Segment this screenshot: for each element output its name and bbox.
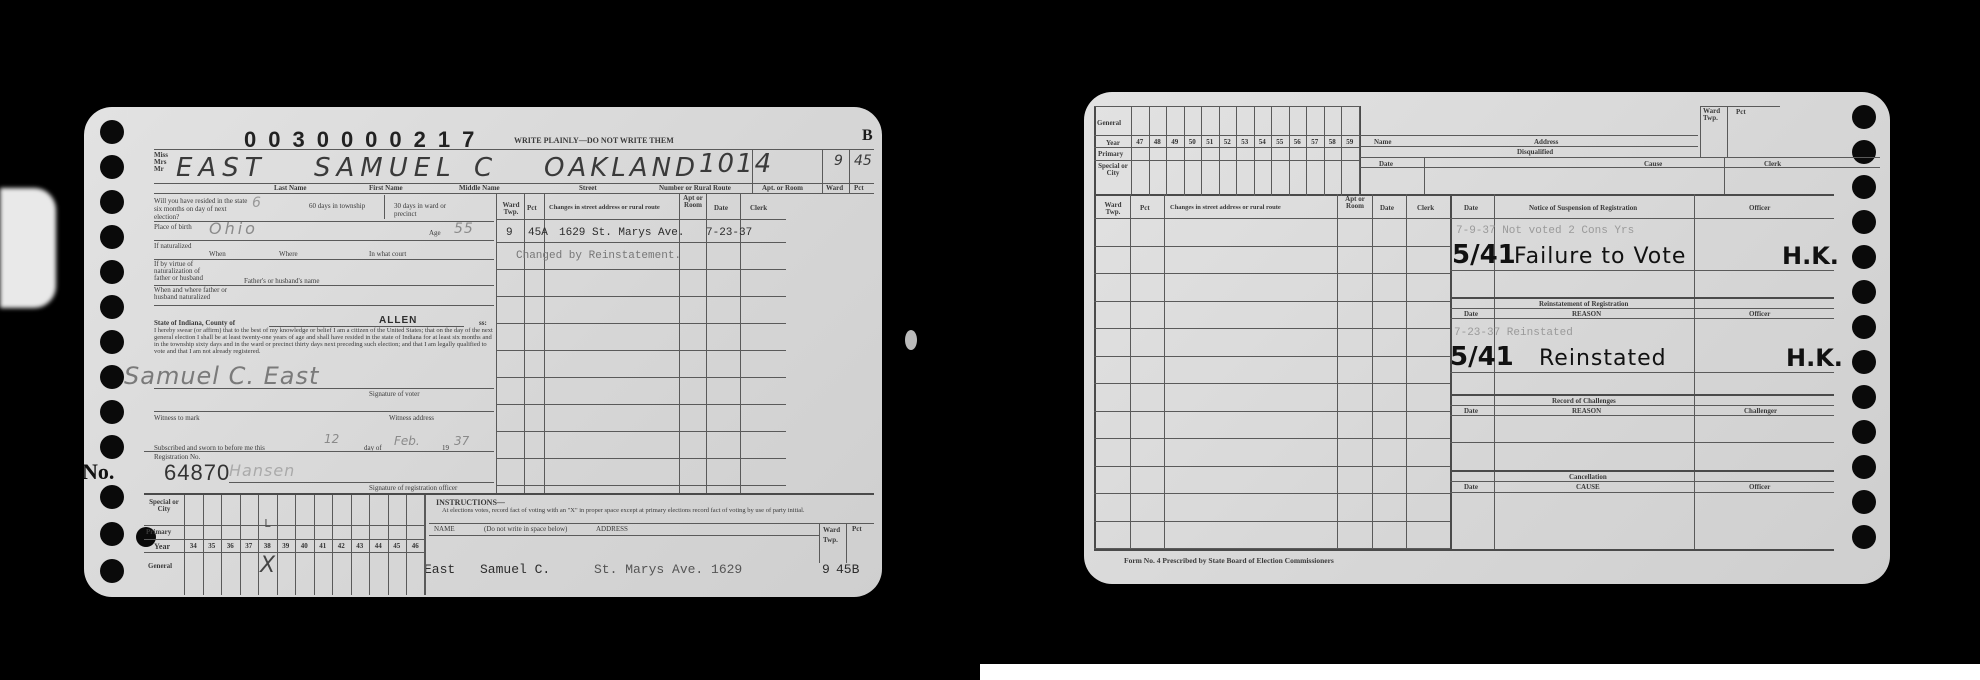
- reinstatement-date-header: Date: [1464, 310, 1478, 318]
- instructions-title: INSTRUCTIONS—: [436, 498, 505, 507]
- row-special-city: Special or City: [1098, 163, 1128, 177]
- cancellation-title: Cancellation: [1569, 473, 1607, 481]
- cancellation-officer-header: Officer: [1749, 483, 1770, 491]
- signature-label: Signature of voter: [369, 390, 420, 398]
- col-ward-twp: Ward Twp.: [1098, 202, 1128, 216]
- number-mark: No.: [84, 459, 114, 485]
- suspension-stamp-reason: Failure to Vote: [1514, 244, 1686, 269]
- year-cell: 47: [1131, 138, 1149, 146]
- punch-hole: [1852, 140, 1876, 164]
- table-row-rule: [1094, 356, 1450, 357]
- punch-hole: [1852, 245, 1876, 269]
- year-cell: 34: [184, 542, 203, 550]
- year-cell: 36: [221, 542, 240, 550]
- reinstatement-typed-note: 7-23-37 Reinstated: [1454, 327, 1573, 339]
- place-of-birth-value: Ohio: [209, 219, 258, 238]
- year-cell: 37: [240, 542, 259, 550]
- pct-label: Pct: [852, 525, 862, 533]
- suspension-stamp-date: 5/41: [1452, 240, 1516, 270]
- row-general: General: [1097, 119, 1121, 127]
- year-cell: 40: [295, 542, 314, 550]
- month-value: Feb.: [394, 434, 420, 448]
- punch-hole: [100, 260, 124, 284]
- year-cell: 50: [1184, 138, 1202, 146]
- father-name-label: Father's or husband's name: [244, 277, 319, 285]
- col-clerk: Clerk: [1417, 204, 1434, 212]
- row-year: Year: [1106, 139, 1120, 147]
- table-row-rule: [1094, 218, 1450, 219]
- primary-vote-mark: L: [264, 517, 271, 531]
- punch-hole: [100, 400, 124, 424]
- place-of-birth-label: Place of birth: [154, 223, 194, 231]
- bottom-pct: 45B: [836, 562, 859, 577]
- name-label: NAME: [434, 525, 455, 533]
- court-label: In what court: [369, 250, 406, 258]
- year-cell: 51: [1201, 138, 1219, 146]
- year-cell: 45: [388, 542, 407, 550]
- pct-value: 45: [854, 153, 872, 169]
- punch-hole: [1852, 210, 1876, 234]
- address-label: ADDRESS: [596, 525, 628, 533]
- punch-hole: [1852, 175, 1876, 199]
- ward-twp-label: Ward Twp.: [1703, 108, 1725, 122]
- punch-hole: [1852, 420, 1876, 444]
- table-row-rule: [1094, 411, 1450, 412]
- first-name-value: SAMUEL: [314, 153, 457, 183]
- officer-signature: Hansen: [229, 461, 295, 480]
- witness-address-label: Witness address: [389, 414, 434, 422]
- punch-hole: [100, 365, 124, 389]
- age-label: Age: [429, 229, 441, 237]
- do-not-write-label: (Do not write in space below): [484, 525, 567, 533]
- address-label: Address: [1534, 138, 1558, 146]
- label-ward: Ward: [826, 184, 843, 192]
- suspension-stamp-officer: H.K.: [1782, 242, 1839, 270]
- year-cell: 56: [1289, 138, 1307, 146]
- virtue-label: If by virtue of naturalization of father…: [154, 261, 204, 282]
- row-special-city: Special or City: [144, 499, 184, 513]
- where-label: Where: [279, 250, 298, 258]
- light-glare: [0, 188, 56, 308]
- suspension-notice-header: Notice of Suspension of Registration: [1529, 204, 1637, 212]
- col-date: Date: [1380, 204, 1394, 212]
- table-row-rule: [1094, 273, 1450, 274]
- table-row-rule: [1094, 466, 1450, 467]
- col-clerk: Clerk: [750, 204, 767, 212]
- punch-hole: [1852, 315, 1876, 339]
- label-last-name: Last Name: [274, 184, 306, 192]
- year-cell: 57: [1306, 138, 1324, 146]
- reinstatement-title: Reinstatement of Registration: [1539, 300, 1628, 308]
- reinstatement-stamp-date: 5/41: [1450, 342, 1514, 372]
- col-changes: Changes in street address or rural route: [1170, 204, 1281, 211]
- number-value: 1014: [699, 149, 773, 179]
- punch-hole: [1852, 105, 1876, 129]
- suspension-date-header: Date: [1464, 204, 1478, 212]
- col-apt-room: Apt or Room: [682, 195, 704, 209]
- bottom-first-name: Samuel C.: [480, 562, 550, 577]
- row-primary: Primary: [1098, 150, 1123, 158]
- punch-hole: [1852, 455, 1876, 479]
- table-row-rule: [1094, 521, 1450, 522]
- year-cell: 44: [369, 542, 388, 550]
- year-cell: 41: [314, 542, 333, 550]
- general-vote-mark: X: [260, 553, 275, 578]
- reinstatement-stamp-reason: Reinstated: [1539, 346, 1667, 371]
- bottom-last-name: East: [424, 562, 455, 577]
- punch-hole: [1852, 490, 1876, 514]
- label-number: Number or Rural Route: [659, 184, 731, 192]
- pct-label: Pct: [1736, 108, 1746, 116]
- township-question: 60 days in township: [309, 202, 369, 210]
- col-ward-twp: Ward Twp.: [500, 202, 522, 216]
- year-cell: 35: [203, 542, 222, 550]
- witness-label: Witness to mark: [154, 414, 200, 422]
- punch-hole: [100, 225, 124, 249]
- when-label: When: [209, 250, 226, 258]
- label-street: Street: [579, 184, 597, 192]
- reinstatement-officer-header: Officer: [1749, 310, 1770, 318]
- corner-mark: B: [862, 127, 873, 145]
- ss-mark: ss:: [479, 319, 487, 327]
- day-value: 12: [324, 432, 339, 446]
- table-row-rule: [1094, 328, 1450, 329]
- punch-hole: [100, 190, 124, 214]
- suspension-officer-header: Officer: [1749, 204, 1770, 212]
- naturalized-label: If naturalized: [154, 242, 199, 250]
- punch-hole: [1852, 350, 1876, 374]
- street-value: OAKLAND: [544, 153, 699, 183]
- state-county-label: State of Indiana, County of: [154, 319, 235, 327]
- title-prefix: Miss Mrs Mr: [154, 152, 168, 173]
- year-cell: 58: [1324, 138, 1342, 146]
- suspension-typed-note: 7-9-37 Not voted 2 Cons Yrs: [1456, 225, 1634, 237]
- punch-hole: [100, 522, 124, 546]
- label-middle-name: Middle Name: [459, 184, 500, 192]
- year-cell: 46: [406, 542, 425, 550]
- header-instruction: WRITE PLAINLY—DO NOT WRITE THEM: [514, 136, 674, 145]
- voter-registration-card-back: General Year Primary Special or City Nam…: [1084, 92, 1890, 584]
- label-pct: Pct: [854, 184, 864, 192]
- label-apt: Apt. or Room: [762, 184, 803, 192]
- year-value: 37: [454, 434, 469, 448]
- reinstatement-reason-header: REASON: [1572, 310, 1601, 318]
- cancellation-cause-header: CAUSE: [1576, 483, 1600, 491]
- bottom-ward: 9: [822, 562, 830, 577]
- table-row-rule: [1094, 301, 1450, 302]
- year-cell: 49: [1166, 138, 1184, 146]
- punch-hole: [100, 435, 124, 459]
- year-cell: 52: [1219, 138, 1237, 146]
- disqualified-label: Disqualified: [1517, 148, 1553, 156]
- table-row-rule: [1094, 383, 1450, 384]
- col-changes: Changes in street address or rural route: [549, 204, 660, 211]
- year-cell: 39: [277, 542, 296, 550]
- challenges-date-header: Date: [1464, 407, 1478, 415]
- punch-hole: [1852, 525, 1876, 549]
- registration-number: 64870: [164, 460, 230, 486]
- table-row-rule: [1094, 548, 1450, 549]
- age-value: 55: [454, 221, 474, 237]
- form-footer: Form No. 4 Prescribed by State Board of …: [1124, 556, 1334, 565]
- table-row-rule: [1094, 438, 1450, 439]
- year-cell: 59: [1341, 138, 1359, 146]
- label-first-name: First Name: [369, 184, 403, 192]
- father-naturalized-label: When and where father or husband natural…: [154, 287, 229, 301]
- ward-twp-label: Ward Twp.: [823, 525, 845, 545]
- last-name-value: EAST: [176, 153, 267, 183]
- challenges-challenger-header: Challenger: [1744, 407, 1777, 415]
- cancellation-date-header: Date: [1464, 483, 1478, 491]
- reinstatement-stamp-officer: H.K.: [1786, 344, 1843, 372]
- punch-hole: [100, 559, 124, 583]
- voter-signature: Samuel C. East: [124, 362, 319, 390]
- punch-hole: [100, 155, 124, 179]
- col-pct: Pct: [1140, 204, 1150, 212]
- year-cell: 53: [1236, 138, 1254, 146]
- year-cell: 48: [1149, 138, 1167, 146]
- year-cell: 42: [332, 542, 351, 550]
- year-cell: 55: [1271, 138, 1289, 146]
- punch-hole: [100, 485, 124, 509]
- year-cell: 38: [258, 542, 277, 550]
- punch-hole: [1852, 385, 1876, 409]
- col-apt-room: Apt or Room: [1340, 196, 1370, 210]
- county-value: ALLEN: [379, 315, 417, 326]
- oath-text: I hereby swear (or affirm) that to the b…: [154, 327, 494, 355]
- punch-hole: [1852, 280, 1876, 304]
- row-year: Year: [154, 542, 170, 551]
- scan-edge-strip: [980, 664, 1980, 680]
- officer-signature-label: Signature of registration officer: [369, 484, 457, 492]
- table-row-rule: [1094, 246, 1450, 247]
- punch-hole: [100, 120, 124, 144]
- voter-registration-card-front: 0030000217 WRITE PLAINLY—DO NOT WRITE TH…: [84, 107, 882, 597]
- bottom-address: St. Marys Ave. 1629: [594, 562, 742, 577]
- instructions-text: At elections votes, record fact of votin…: [442, 507, 862, 514]
- row-primary: Primary: [146, 528, 171, 536]
- ward-value: 9: [834, 153, 843, 169]
- middle-initial-value: C: [474, 153, 498, 183]
- punch-hole: [100, 295, 124, 319]
- name-label: Name: [1374, 138, 1392, 146]
- row-general: General: [148, 562, 172, 570]
- residency-question: Will you have resided in the state six m…: [154, 197, 249, 221]
- table-row-rule: [1094, 493, 1450, 494]
- challenges-reason-header: REASON: [1572, 407, 1601, 415]
- col-pct: Pct: [527, 204, 537, 212]
- punch-hole: [100, 330, 124, 354]
- year-cell: 43: [351, 542, 370, 550]
- ward-question: 30 days in ward or precinct: [394, 202, 459, 218]
- dust-speck: [905, 330, 917, 350]
- challenges-title: Record of Challenges: [1552, 397, 1616, 405]
- year-cell: 54: [1254, 138, 1272, 146]
- col-date: Date: [714, 204, 728, 212]
